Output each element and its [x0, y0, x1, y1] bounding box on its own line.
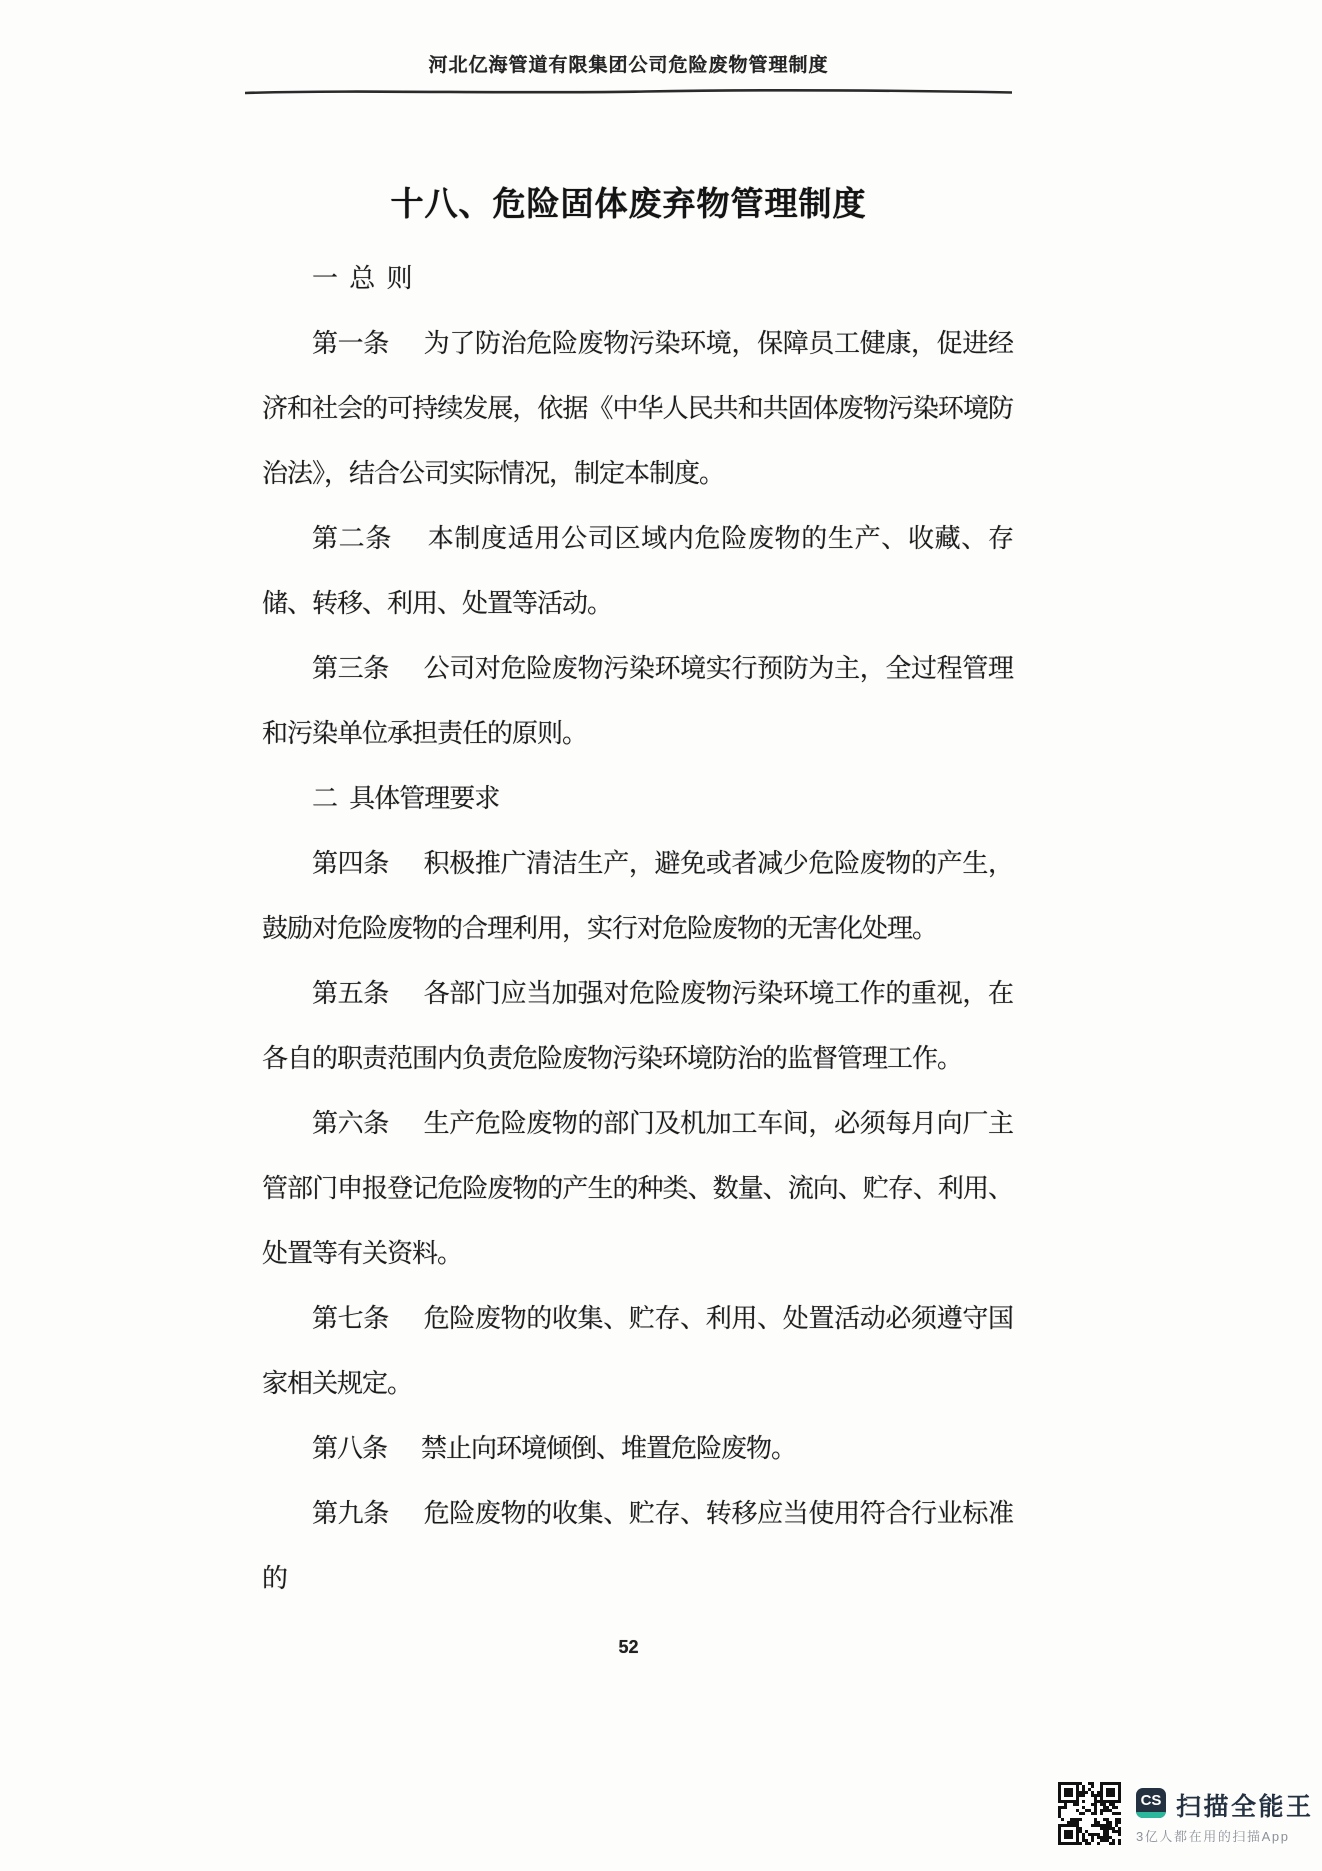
- article-label: 第二条: [312, 523, 392, 553]
- article-1: 第一条为了防治危险废物污染环境，保障员工健康，促进经济和社会的可持续发展，依据《…: [262, 311, 1013, 506]
- article-2: 第二条本制度适用公司区域内危险废物的生产、收藏、存储、转移、利用、处置等活动。: [262, 506, 1013, 636]
- camscanner-watermark: CS 扫描全能王 3亿人都在用的扫描App: [1058, 1782, 1298, 1848]
- camscanner-logo-accent-bar: [1136, 1812, 1166, 1818]
- section-heading-general: 一 总 则: [262, 246, 1013, 311]
- article-label: 第六条: [312, 1108, 389, 1138]
- article-6: 第六条生产危险废物的部门及机加工车间，必须每月向厂主管部门申报登记危险废物的产生…: [262, 1091, 1013, 1286]
- article-label: 第八条: [312, 1433, 387, 1463]
- article-5: 第五条各部门应当加强对危险废物污染环境工作的重视，在各自的职责范围内负责危险废物…: [262, 961, 1013, 1091]
- document-title: 十八、危险固体废弃物管理制度: [245, 178, 1012, 225]
- article-9: 第九条危险废物的收集、贮存、转移应当使用符合行业标准的: [262, 1481, 1013, 1611]
- header-divider-line: [245, 88, 1012, 96]
- camscanner-logo-icon: CS: [1136, 1788, 1166, 1818]
- camscanner-app-name: 扫描全能王: [1176, 1787, 1314, 1823]
- article-7: 第七条危险废物的收集、贮存、利用、处置活动必须遵守国家相关规定。: [262, 1286, 1013, 1416]
- page-number: 52: [245, 1637, 1012, 1658]
- document-header-title: 河北亿海管道有限集团公司危险废物管理制度: [245, 50, 1012, 77]
- article-label: 第九条: [312, 1498, 389, 1528]
- qr-code-icon: [1058, 1782, 1121, 1845]
- article-4: 第四条积极推广清洁生产，避免或者减少危险废物的产生，鼓励对危险废物的合理利用，实…: [262, 831, 1013, 961]
- document-content: 河北亿海管道有限集团公司危险废物管理制度 十八、危险固体废弃物管理制度 一 总 …: [245, 0, 1012, 1871]
- article-label: 第三条: [312, 653, 389, 683]
- article-label: 第一条: [312, 328, 389, 358]
- camscanner-app-slogan: 3亿人都在用的扫描App: [1136, 1826, 1290, 1845]
- article-label: 第七条: [312, 1303, 389, 1333]
- article-label: 第四条: [312, 848, 389, 878]
- camscanner-logo-text: CS: [1136, 1788, 1166, 1813]
- section-heading-management: 二 具体管理要求: [262, 766, 1013, 831]
- scanned-document-page: 河北亿海管道有限集团公司危险废物管理制度 十八、危险固体废弃物管理制度 一 总 …: [0, 0, 1322, 1871]
- article-8: 第八条禁止向环境倾倒、堆置危险废物。: [262, 1416, 1013, 1481]
- article-3: 第三条公司对危险废物污染环境实行预防为主，全过程管理和污染单位承担责任的原则。: [262, 636, 1013, 766]
- document-body: 一 总 则 第一条为了防治危险废物污染环境，保障员工健康，促进经济和社会的可持续…: [262, 246, 1013, 1611]
- article-label: 第五条: [312, 978, 389, 1008]
- article-text: 禁止向环境倾倒、堆置危险废物。: [421, 1433, 796, 1463]
